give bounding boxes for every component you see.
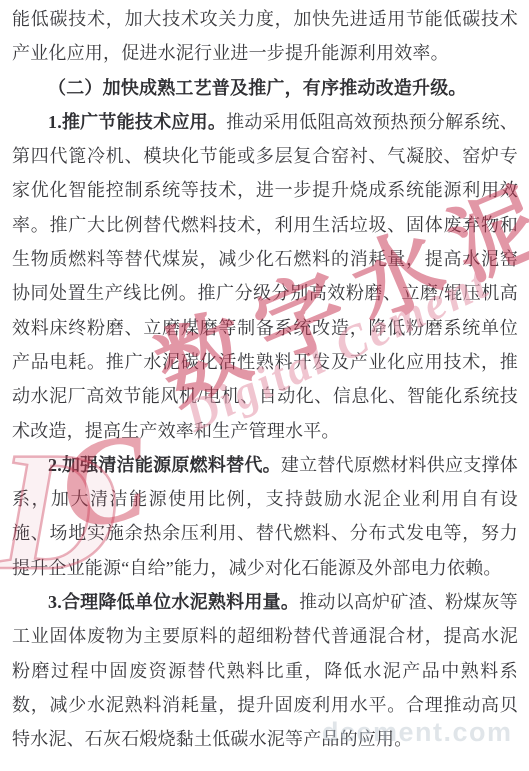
paragraph-3-lead: 3.合理降低单位水泥熟料用量。 — [48, 592, 299, 612]
section-heading-text: （二）加快成熟工艺普及推广，有序推动改造升级。 — [48, 78, 467, 98]
paragraph-1-lead: 1.推广节能技术应用。 — [48, 112, 226, 132]
section-heading: （二）加快成熟工艺普及推广，有序推动改造升级。 — [12, 71, 518, 105]
paragraph-2: 2.加强清洁能源原燃料替代。建立替代原燃材料供应支撑体系，加大清洁能源使用比例，… — [12, 448, 518, 585]
paragraph-3-text: 推动以高炉矿渣、粉煤灰等工业固体废物为主要原料的超细粉替代普通混合材，提高水泥粉… — [12, 592, 518, 749]
paragraph-text: 能低碳技术，加大技术攻关力度，加快先进适用节能低碳技术产业化应用，促进水泥行业进… — [12, 9, 518, 63]
paragraph-1: 1.推广节能技术应用。推动采用低阻高效预热预分解系统、第四代篦冷机、模块化节能或… — [12, 105, 518, 448]
paragraph-1-text: 推动采用低阻高效预热预分解系统、第四代篦冷机、模块化节能或多层复合窑衬、气凝胶、… — [12, 112, 518, 441]
paragraph-continuation: 能低碳技术，加大技术攻关力度，加快先进适用节能低碳技术产业化应用，促进水泥行业进… — [12, 2, 518, 71]
paragraph-3: 3.合理降低单位水泥熟料用量。推动以高炉矿渣、粉煤灰等工业固体废物为主要原料的超… — [12, 585, 518, 756]
paragraph-2-lead: 2.加强清洁能源原燃料替代。 — [48, 455, 281, 475]
document-page: 能低碳技术，加大技术攻关力度，加快先进适用节能低碳技术产业化应用，促进水泥行业进… — [12, 2, 518, 757]
